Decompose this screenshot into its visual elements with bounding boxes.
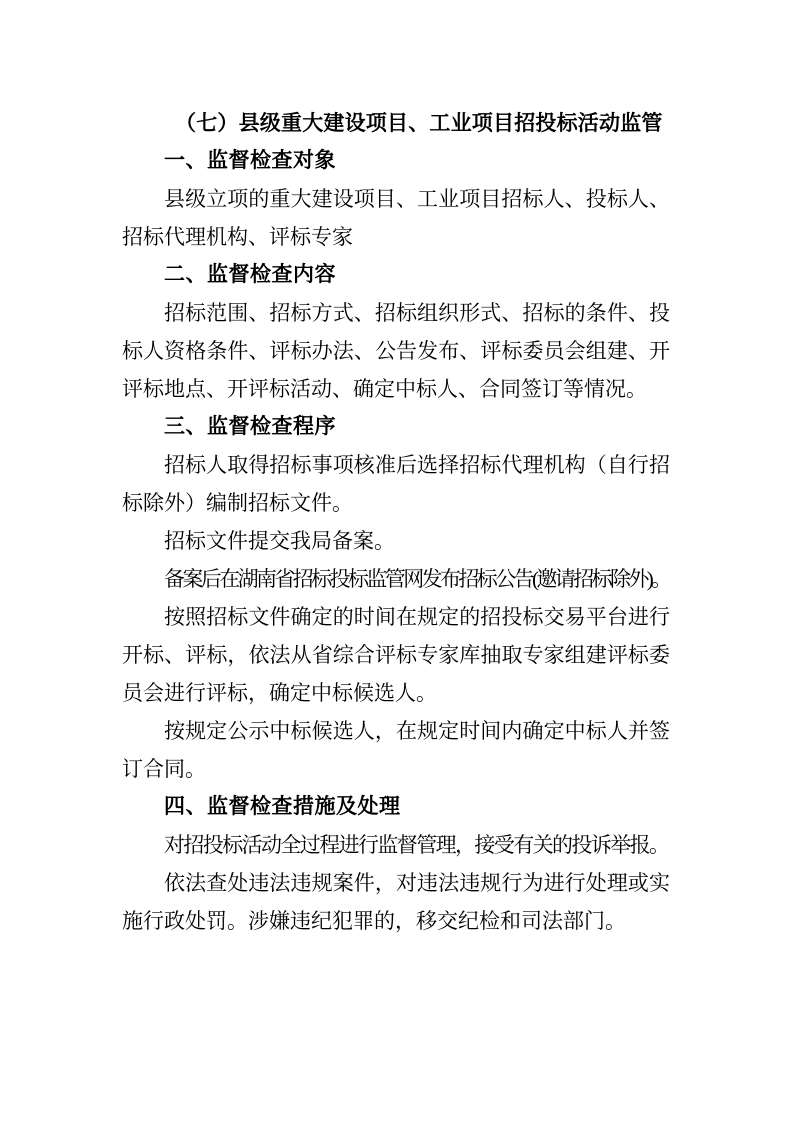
paragraph: 招标文件提交我局备案。 bbox=[122, 522, 670, 560]
paragraph: 对招投标活动全过程进行监督管理，接受有关的投诉举报。 bbox=[122, 826, 670, 864]
section-heading: 二、监督检查内容 bbox=[122, 256, 670, 294]
document-title: （七）县级重大建设项目、工业项目招投标活动监管 bbox=[122, 104, 670, 142]
paragraph: 备案后在湖南省招标投标监管网发布招标公告(邀请招标除外)。 bbox=[122, 560, 670, 598]
paragraph: 按照招标文件确定的时间在规定的招投标交易平台进行开标、评标，依法从省综合评标专家… bbox=[122, 598, 670, 712]
section-heading: 三、监督检查程序 bbox=[122, 408, 670, 446]
sections: 一、监督检查对象县级立项的重大建设项目、工业项目招标人、投标人、招标代理机构、评… bbox=[122, 142, 670, 940]
document-content: （七）县级重大建设项目、工业项目招投标活动监管 一、监督检查对象县级立项的重大建… bbox=[122, 104, 670, 940]
paragraph: 招标范围、招标方式、招标组织形式、招标的条件、投标人资格条件、评标办法、公告发布… bbox=[122, 294, 670, 408]
section-heading: 四、监督检查措施及处理 bbox=[122, 788, 670, 826]
section: 二、监督检查内容招标范围、招标方式、招标组织形式、招标的条件、投标人资格条件、评… bbox=[122, 256, 670, 408]
section: 四、监督检查措施及处理对招投标活动全过程进行监督管理，接受有关的投诉举报。依法查… bbox=[122, 788, 670, 940]
paragraph: 依法查处违法违规案件，对违法违规行为进行处理或实施行政处罚。涉嫌违纪犯罪的，移交… bbox=[122, 864, 670, 940]
section-heading: 一、监督检查对象 bbox=[122, 142, 670, 180]
paragraph: 招标人取得招标事项核准后选择招标代理机构（自行招标除外）编制招标文件。 bbox=[122, 446, 670, 522]
section: 三、监督检查程序招标人取得招标事项核准后选择招标代理机构（自行招标除外）编制招标… bbox=[122, 408, 670, 788]
section: 一、监督检查对象县级立项的重大建设项目、工业项目招标人、投标人、招标代理机构、评… bbox=[122, 142, 670, 256]
document-page: （七）县级重大建设项目、工业项目招投标活动监管 一、监督检查对象县级立项的重大建… bbox=[0, 0, 793, 1122]
paragraph: 按规定公示中标候选人，在规定时间内确定中标人并签订合同。 bbox=[122, 712, 670, 788]
paragraph: 县级立项的重大建设项目、工业项目招标人、投标人、招标代理机构、评标专家 bbox=[122, 180, 670, 256]
